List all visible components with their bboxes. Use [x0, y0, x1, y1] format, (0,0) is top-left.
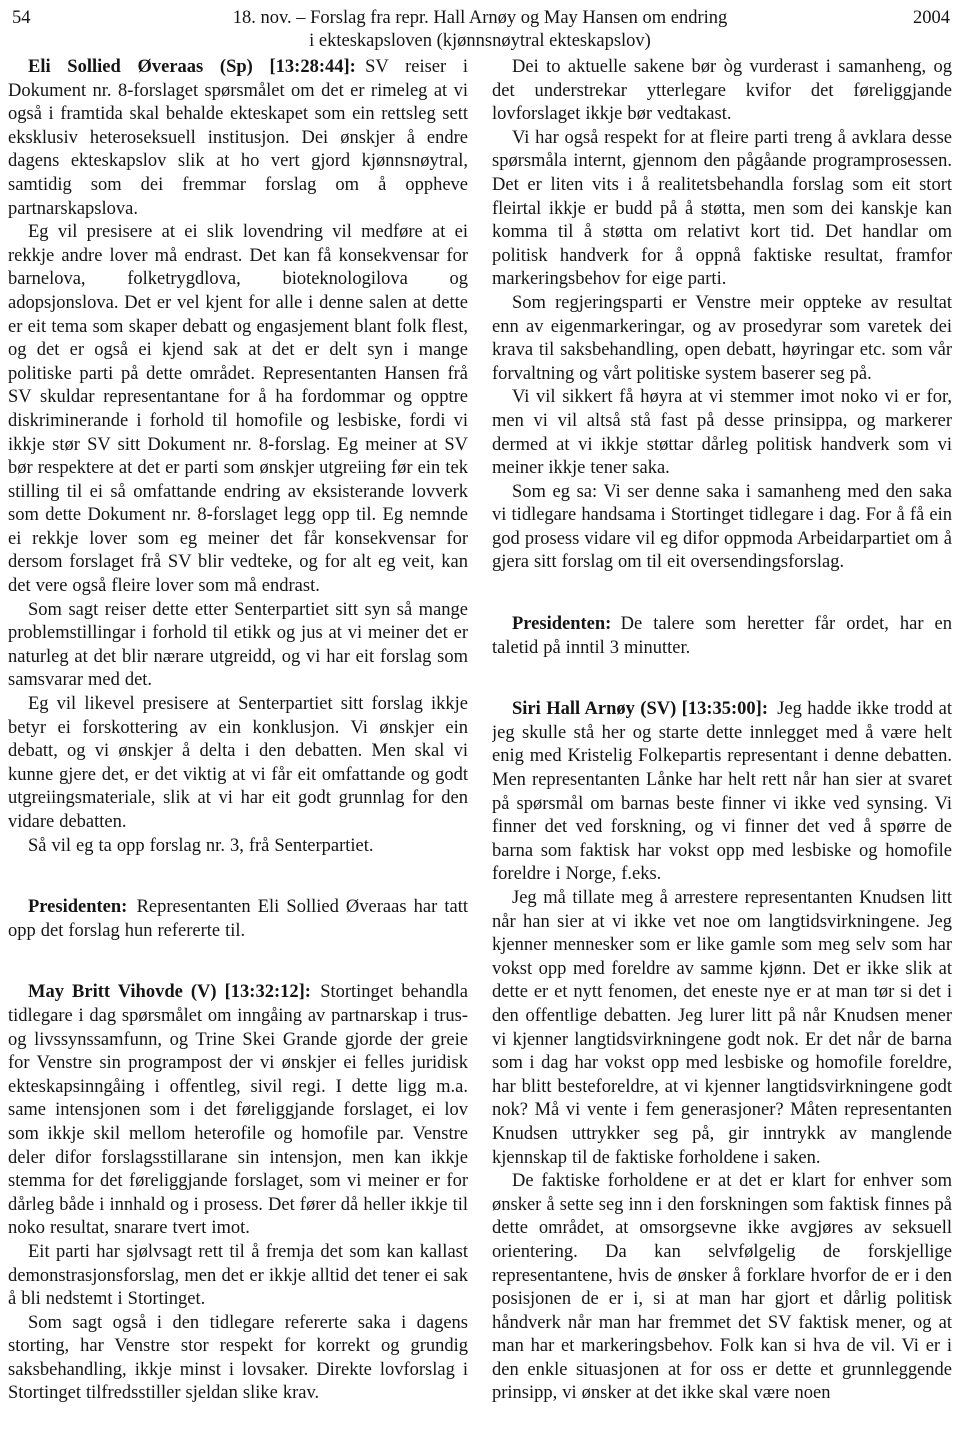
paragraph: Vi har også respekt for at fleire parti … — [492, 127, 952, 292]
speaker-name: May Britt Vihovde (V) [13:32:12]: — [28, 982, 311, 1002]
page-number: 54 — [12, 7, 31, 30]
speech-paragraph: Presidenten: De talere som heretter får … — [492, 613, 952, 660]
paragraph: Som sagt også i den tidlegare refererte … — [8, 1312, 468, 1406]
document-page: 54 18. nov. – Forslag fra repr. Hall Arn… — [0, 0, 960, 1432]
paragraph: Eg vil likevel presisere at Senterpartie… — [8, 693, 468, 835]
speaker-name: Presidenten: — [28, 897, 127, 917]
running-title-line1: 18. nov. – Forslag fra repr. Hall Arnøy … — [68, 7, 892, 30]
paragraph: Som eg sa: Vi ser denne saka i samanheng… — [492, 481, 952, 575]
paragraph: Så vil eg ta opp forslag nr. 3, frå Sent… — [8, 835, 468, 859]
page-header: 54 18. nov. – Forslag fra repr. Hall Arn… — [8, 7, 952, 55]
right-column: Dei to aktuelle sakene bør òg vurderast … — [492, 56, 952, 1432]
paragraph: Som sagt reiser dette etter Senterpartie… — [8, 599, 468, 693]
paragraph: Jeg må tillate meg å arrestere represent… — [492, 887, 952, 1170]
paragraph: De faktiske forholdene er at det er klar… — [492, 1170, 952, 1406]
header-year: 2004 — [913, 7, 950, 30]
speaker-name: Siri Hall Arnøy (SV) [13:35:00]: — [512, 699, 768, 719]
left-column: Eli Sollied Øveraas (Sp) [13:28:44]: SV … — [8, 56, 468, 1432]
speaker-name: Presidenten: — [512, 614, 611, 634]
paragraph: Eg vil presisere at ei slik lovendring v… — [8, 221, 468, 599]
speech-paragraph: May Britt Vihovde (V) [13:32:12]: Storti… — [8, 981, 468, 1241]
paragraph: Dei to aktuelle sakene bør òg vurderast … — [492, 56, 952, 127]
speech-paragraph: Eli Sollied Øveraas (Sp) [13:28:44]: SV … — [8, 56, 468, 221]
paragraph: Vi vil sikkert få høyra at vi stemmer im… — [492, 386, 952, 480]
speech-paragraph: Presidenten: Representanten Eli Sollied … — [8, 896, 468, 943]
paragraph: Som regjeringsparti er Venstre meir oppt… — [492, 292, 952, 386]
speech-paragraph: Siri Hall Arnøy (SV) [13:35:00]: Jeg had… — [492, 698, 952, 887]
text-columns: Eli Sollied Øveraas (Sp) [13:28:44]: SV … — [8, 56, 952, 1432]
running-title-line2: i ekteskapsloven (kjønnsnøytral ekteskap… — [68, 30, 892, 53]
running-title: 18. nov. – Forslag fra repr. Hall Arnøy … — [68, 7, 892, 53]
paragraph: Eit parti har sjølvsagt rett til å fremj… — [8, 1241, 468, 1312]
speaker-name: Eli Sollied Øveraas (Sp) [13:28:44]: — [28, 57, 356, 77]
